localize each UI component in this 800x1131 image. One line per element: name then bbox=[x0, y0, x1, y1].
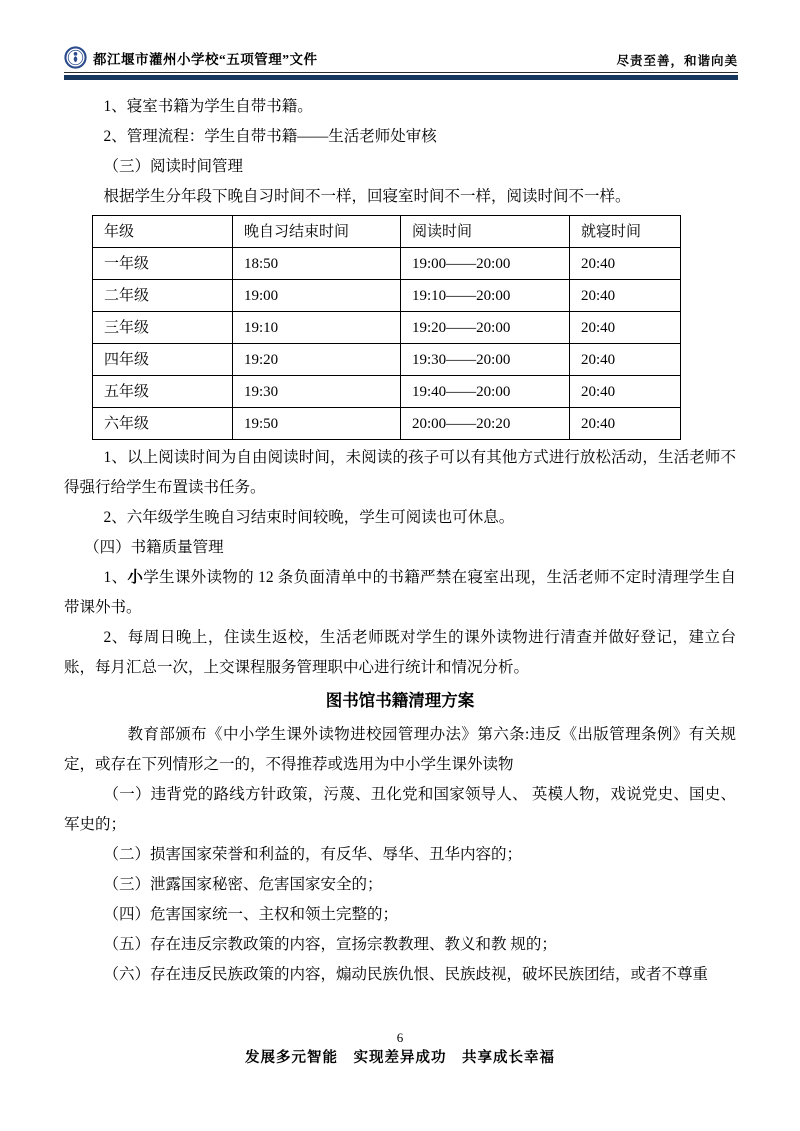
table-cell: 五年级 bbox=[93, 376, 233, 408]
table-cell: 19:50 bbox=[233, 408, 401, 440]
table-cell: 二年级 bbox=[93, 280, 233, 312]
table-cell: 20:40 bbox=[570, 248, 681, 280]
table-header-row: 年级 晚自习结束时间 阅读时间 就寝时间 bbox=[93, 216, 681, 248]
table-cell: 19:10——20:00 bbox=[401, 280, 570, 312]
table-cell: 三年级 bbox=[93, 312, 233, 344]
table-cell: 19:10 bbox=[233, 312, 401, 344]
negative-list-item-1: （一）违背党的路线方针政策，污蔑、丑化党和国家领导人、 英模人物，戏说党史、国史… bbox=[64, 780, 736, 840]
negative-list-item-6: （六）存在违反民族政策的内容，煽动民族仇恨、民族歧视，破坏民族团结，或者不尊重 bbox=[64, 960, 736, 990]
plan-intro-paragraph: 教育部颁布《中小学生课外读物进校园管理办法》第六条:违反《出版管理条例》有关规定… bbox=[64, 720, 736, 780]
section-4-paragraph-1: 1、小学生课外读物的 12 条负面清单中的书籍严禁在寝室出现，生活老师不定时清理… bbox=[64, 563, 736, 623]
negative-list-item-5: （五）存在违反宗教政策的内容，宣扬宗教教理、教义和教 规的； bbox=[64, 930, 736, 960]
table-cell: 四年级 bbox=[93, 344, 233, 376]
table-cell: 一年级 bbox=[93, 248, 233, 280]
paragraph-dorm-books: 1、寝室书籍为学生自带书籍。 bbox=[64, 92, 736, 122]
reading-note-1: 1、以上阅读时间为自由阅读时间，未阅读的孩子可以有其他方式进行放松活动，生活老师… bbox=[64, 443, 736, 503]
table-cell: 19:40——20:00 bbox=[401, 376, 570, 408]
table-cell: 19:00——20:00 bbox=[401, 248, 570, 280]
section-4-paragraph-2: 2、每周日晚上，住读生返校，生活老师既对学生的课外读物进行清查并做好登记，建立台… bbox=[64, 623, 736, 683]
negative-list-item-3: （三）泄露国家秘密、危害国家安全的； bbox=[64, 870, 736, 900]
s4-p1-bold-char: 小 bbox=[127, 569, 143, 586]
document-page: 都江堰市灌州小学校“五项管理”文件 尽责至善，和谐向美 1、寝室书籍为学生自带书… bbox=[0, 0, 800, 1131]
table-cell: 20:00——20:20 bbox=[401, 408, 570, 440]
table-cell: 18:50 bbox=[233, 248, 401, 280]
header-motto: 尽责至善，和谐向美 bbox=[616, 51, 738, 69]
table-cell: 19:20 bbox=[233, 344, 401, 376]
table-header-cell: 晚自习结束时间 bbox=[233, 216, 401, 248]
section-4-heading: （四）书籍质量管理 bbox=[64, 533, 736, 563]
negative-list-item-2: （二）损害国家荣誉和利益的，有反华、辱华、丑华内容的； bbox=[64, 840, 736, 870]
table-cell: 20:40 bbox=[570, 408, 681, 440]
header-divider-bar bbox=[64, 75, 738, 80]
page-header: 都江堰市灌州小学校“五项管理”文件 尽责至善，和谐向美 bbox=[64, 46, 738, 80]
table-header-cell: 就寝时间 bbox=[570, 216, 681, 248]
table-cell: 19:00 bbox=[233, 280, 401, 312]
table-row: 二年级 19:00 19:10——20:00 20:40 bbox=[93, 280, 681, 312]
document-body: 1、寝室书籍为学生自带书籍。 2、管理流程：学生自带书籍——生活老师处审核 （三… bbox=[64, 92, 736, 990]
header-title: 都江堰市灌州小学校“五项管理”文件 bbox=[93, 48, 318, 68]
s4-p1-prefix: 1、 bbox=[104, 569, 128, 586]
s4-p1-rest: 学生课外读物的 12 条负面清单中的书籍严禁在寝室出现，生活老师不定时清理学生自… bbox=[64, 569, 736, 616]
table-row: 一年级 18:50 19:00——20:00 20:40 bbox=[93, 248, 681, 280]
table-row: 六年级 19:50 20:00——20:20 20:40 bbox=[93, 408, 681, 440]
table-row: 五年级 19:30 19:40——20:00 20:40 bbox=[93, 376, 681, 408]
table-cell: 六年级 bbox=[93, 408, 233, 440]
table-row: 三年级 19:10 19:20——20:00 20:40 bbox=[93, 312, 681, 344]
section-3-heading: （三）阅读时间管理 bbox=[64, 152, 736, 182]
page-number: 6 bbox=[0, 1030, 800, 1046]
footer-motto: 发展多元智能 实现差异成功 共享成长幸福 bbox=[0, 1046, 800, 1067]
table-cell: 19:30 bbox=[233, 376, 401, 408]
table-header-cell: 阅读时间 bbox=[401, 216, 570, 248]
table-row: 四年级 19:20 19:30——20:00 20:40 bbox=[93, 344, 681, 376]
table-cell: 20:40 bbox=[570, 280, 681, 312]
school-logo-icon bbox=[64, 46, 87, 69]
table-cell: 20:40 bbox=[570, 312, 681, 344]
table-cell: 19:20——20:00 bbox=[401, 312, 570, 344]
table-cell: 20:40 bbox=[570, 376, 681, 408]
section-3-intro: 根据学生分年段下晚自习时间不一样，回寝室时间不一样，阅读时间不一样。 bbox=[64, 182, 736, 212]
negative-list-item-4: （四）危害国家统一、主权和领土完整的； bbox=[64, 900, 736, 930]
reading-time-table: 年级 晚自习结束时间 阅读时间 就寝时间 一年级 18:50 19:00——20… bbox=[92, 215, 681, 440]
table-cell: 20:40 bbox=[570, 344, 681, 376]
table-header-cell: 年级 bbox=[93, 216, 233, 248]
reading-note-2: 2、六年级学生晚自习结束时间较晚，学生可阅读也可休息。 bbox=[64, 503, 736, 533]
paragraph-management-flow: 2、管理流程：学生自带书籍——生活老师处审核 bbox=[64, 122, 736, 152]
table-cell: 19:30——20:00 bbox=[401, 344, 570, 376]
library-plan-title: 图书馆书籍清理方案 bbox=[64, 686, 736, 716]
